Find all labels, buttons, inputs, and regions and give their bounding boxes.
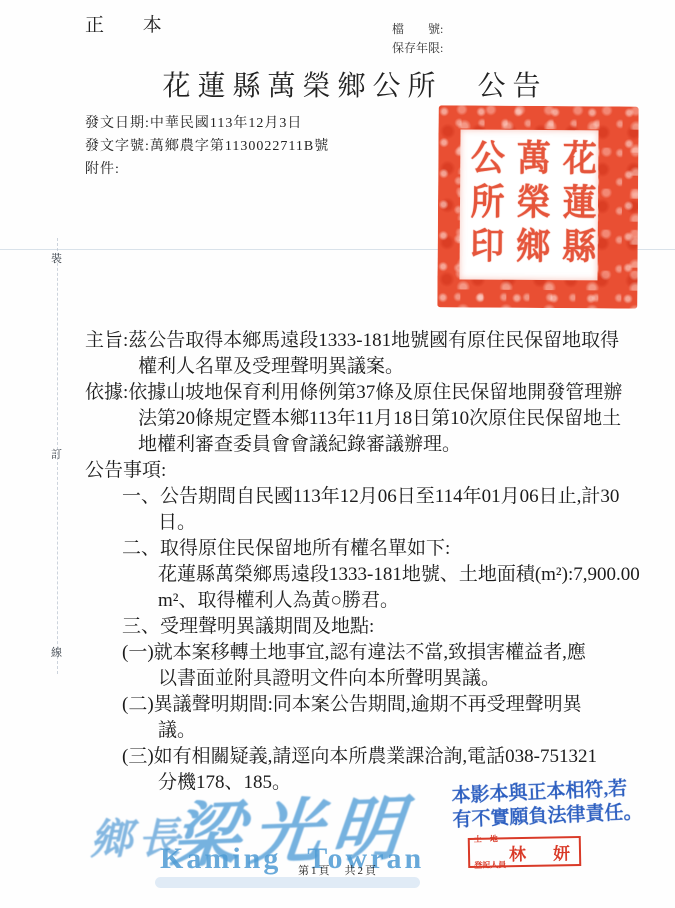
official-red-seal: 花蓮縣 萬榮鄉 公所印	[437, 105, 638, 308]
seal-column-middle: 萬榮鄉	[512, 139, 547, 272]
body-line: 日。	[85, 510, 650, 536]
file-reference-block: 檔 號: 保存年限:	[392, 20, 443, 58]
binding-mark-ding: 訂	[51, 446, 62, 462]
binding-mark-xian: 線	[51, 644, 62, 660]
document-number: 發文字號:萬鄉農字第1130022711B號	[85, 135, 329, 158]
copy-type-label: 正 本	[85, 10, 179, 37]
body-line: 依據:依據山坡地保育利用條例第37條及原住民保留地開發管理辦	[85, 380, 650, 406]
seal-column-right: 花蓮縣	[558, 139, 593, 272]
body-line: 以書面並附具證明文件向本所聲明異議。	[85, 666, 650, 692]
seal-column-left: 公所印	[466, 138, 501, 271]
attachment-label: 附件:	[85, 158, 329, 181]
registrar-role-line-2: 登記人員	[474, 861, 506, 870]
body-line: 一、公告期間自民國113年12月06日至114年01月06日止,計30	[85, 484, 650, 510]
body-line: 地權利審查委員會會議紀錄審議辦理。	[85, 432, 650, 458]
file-number-label: 檔 號:	[392, 20, 443, 39]
official-announcement-document: 裝 訂 線 正 本 檔 號: 保存年限: 花蓮縣萬榮鄉公所 公告 發文日期:中華…	[0, 0, 675, 908]
body-line: 二、取得原住民保留地所有權名單如下:	[85, 536, 650, 562]
document-title: 花蓮縣萬榮鄉公所 公告	[0, 64, 675, 104]
retention-period-label: 保存年限:	[392, 39, 443, 58]
body-line: (二)異議聲明期間:同本案公告期間,逾期不再受理聲明異	[85, 692, 650, 718]
body-line: 法第20條規定暨本鄉113年11月18日第10次原住民保留地土	[85, 406, 650, 432]
registrar-name: 林 妍	[509, 839, 575, 865]
registrar-red-stamp: 土 地 登記人員 林 妍	[468, 836, 582, 868]
body-line: 議。	[85, 718, 650, 744]
body-line: 花蓮縣萬榮鄉馬遠段1333-181地號、土地面積(m²):7,900.00	[85, 562, 650, 588]
body-line: 權利人名單及受理聲明異議案。	[85, 354, 650, 380]
page-number: 第1頁 共2頁	[298, 862, 378, 878]
body-line: (三)如有相關疑義,請逕向本所農業課洽詢,電話038-751321	[85, 744, 650, 770]
announcement-body: 主旨:茲公告取得本鄉馬遠段1333-181地號國有原住民保留地取得 權利人名單及…	[85, 328, 650, 796]
body-line: 公告事項:	[85, 458, 650, 484]
issue-date: 發文日期:中華民國113年12月3日	[85, 112, 329, 135]
body-line: (一)就本案移轉土地事宜,認有違法不當,致損害權益者,應	[85, 640, 650, 666]
document-meta: 發文日期:中華民國113年12月3日 發文字號:萬鄉農字第1130022711B…	[85, 112, 329, 181]
body-line: m²、取得權利人為黃○勝君。	[85, 588, 650, 614]
body-line: 三、受理聲明異議期間及地點:	[85, 614, 650, 640]
registrar-role-line-1: 土 地	[474, 835, 506, 844]
registrar-role: 土 地 登記人員	[473, 818, 506, 887]
mayor-romanized-signature: Kaming Towran	[160, 842, 424, 876]
binding-mark-zhuang: 裝	[51, 250, 62, 266]
body-line: 主旨:茲公告取得本鄉馬遠段1333-181地號國有原住民保留地取得	[85, 328, 650, 354]
seal-inner-face: 花蓮縣 萬榮鄉 公所印	[459, 129, 598, 280]
